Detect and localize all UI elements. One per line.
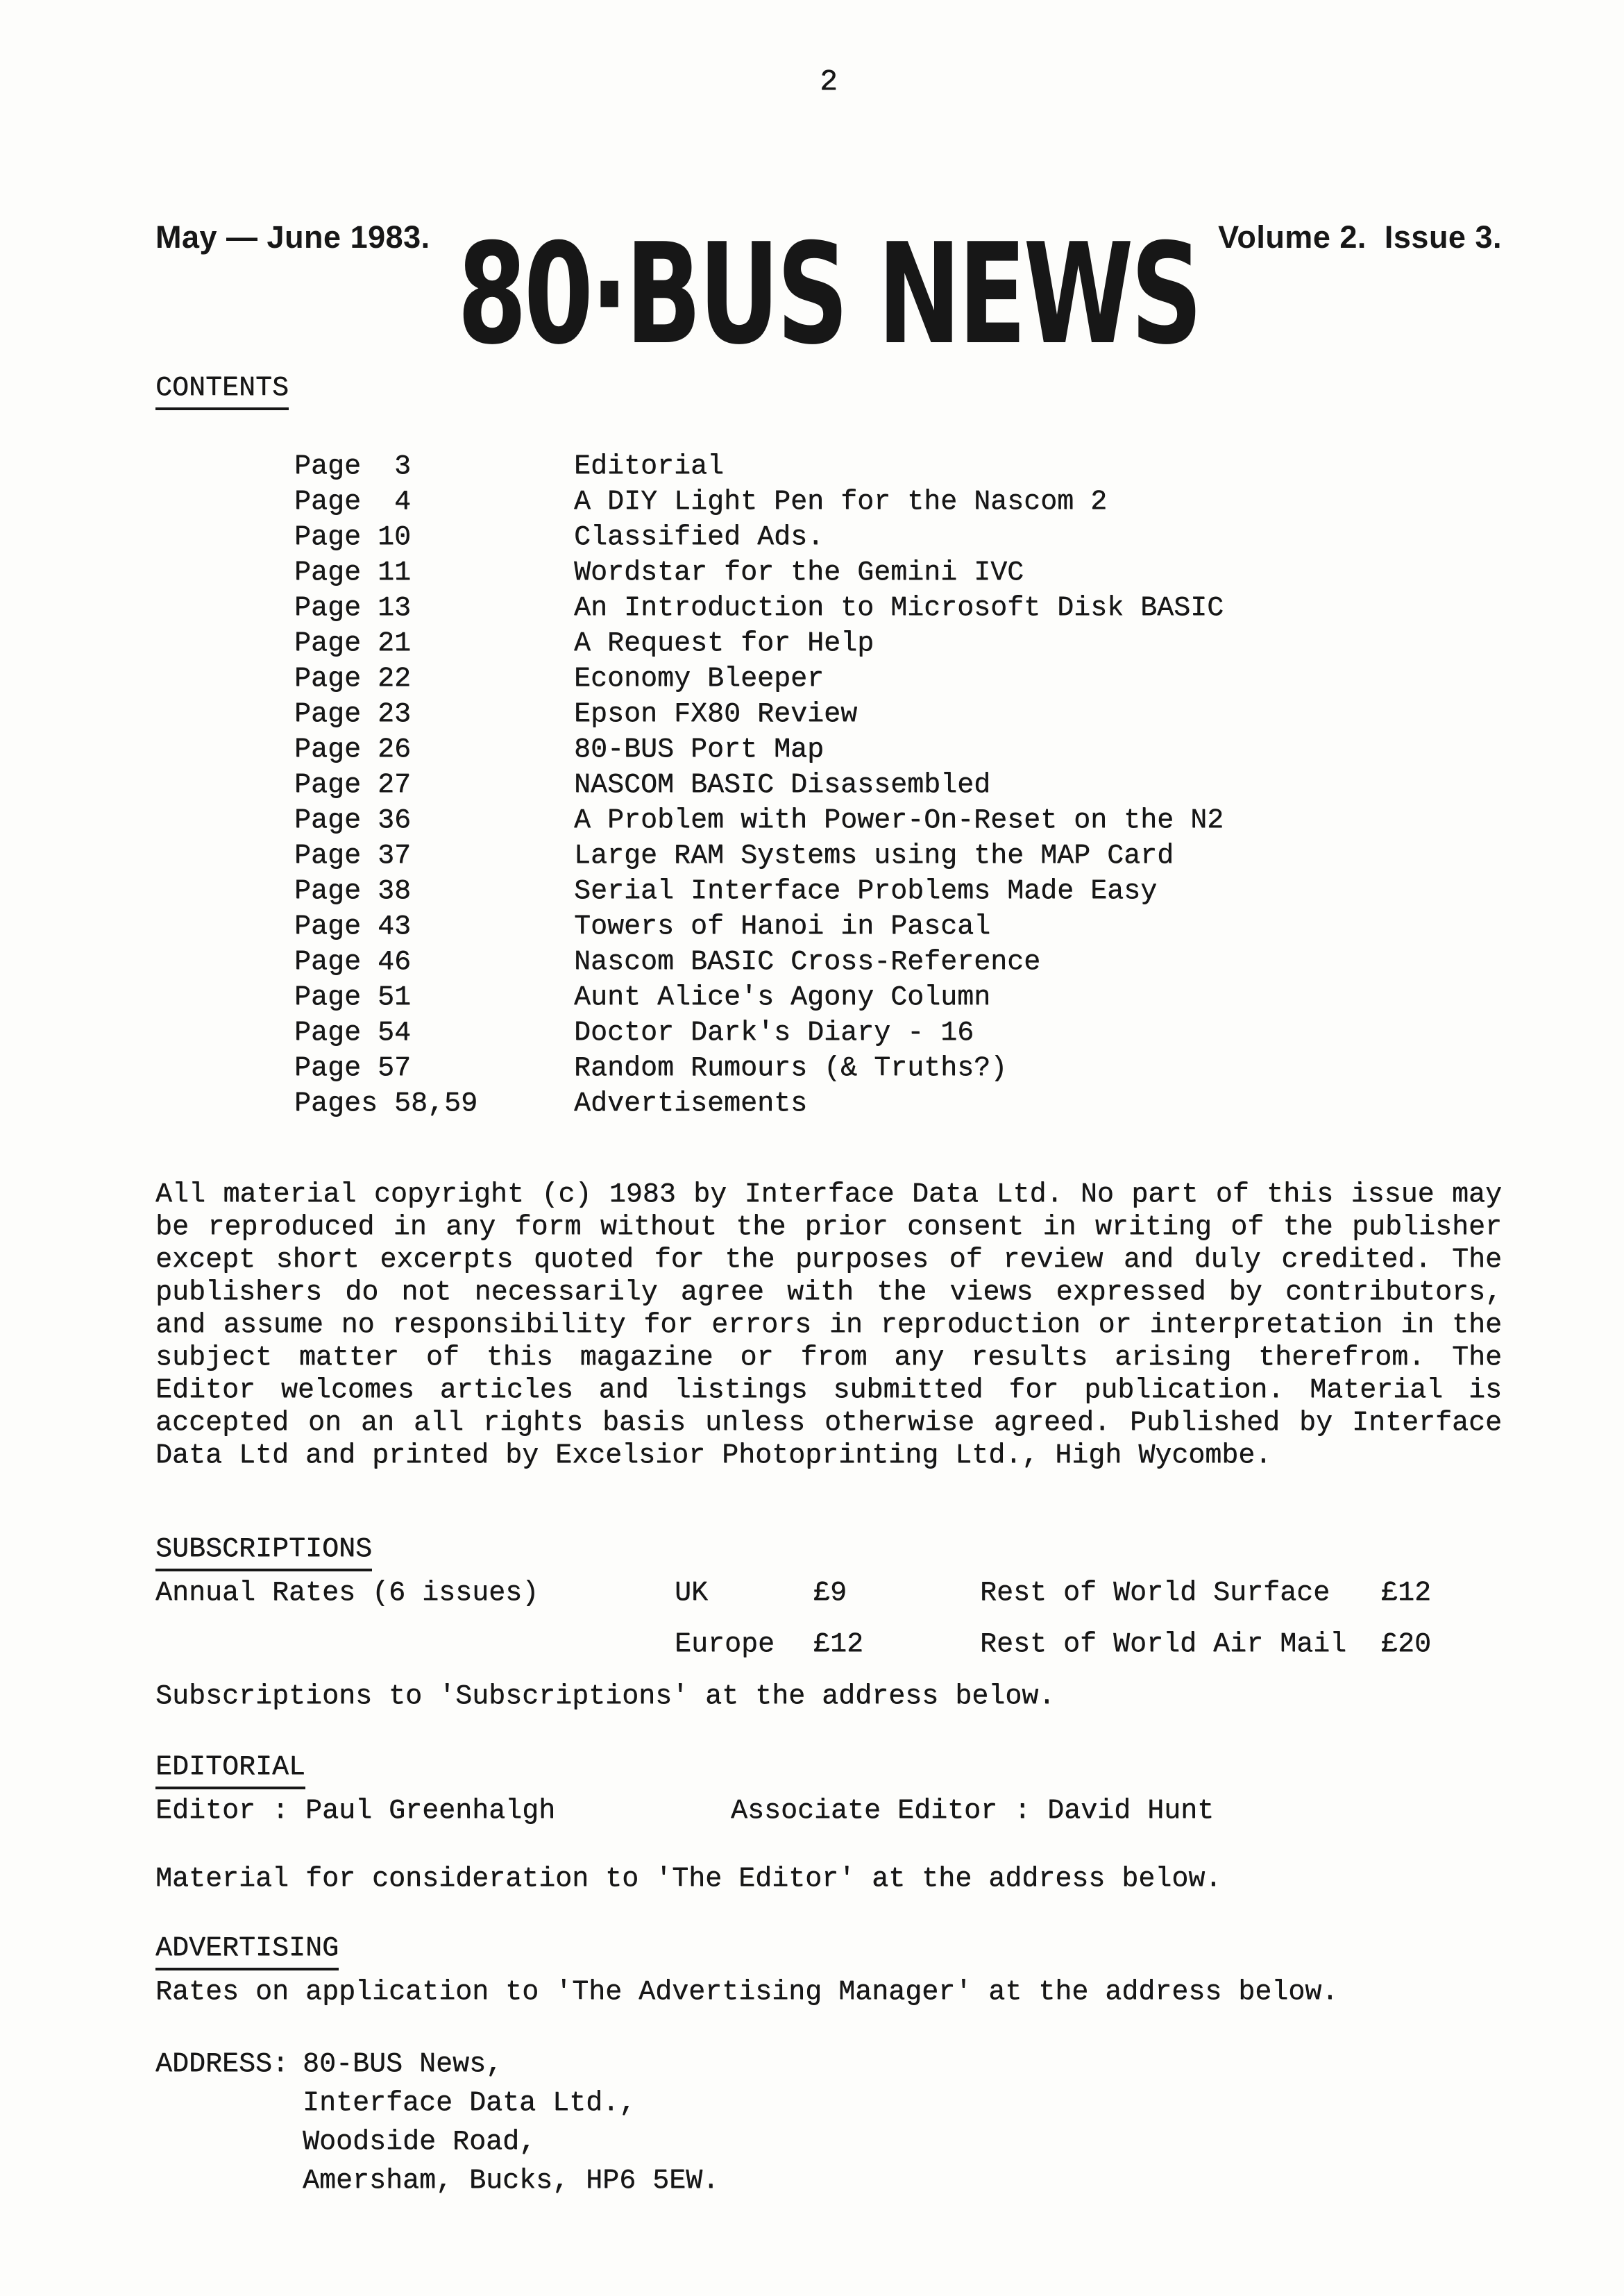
magazine-logo: 80·BUS NEWS	[457, 229, 1200, 361]
issue-date: May — June 1983.	[155, 221, 430, 253]
contents-title: Serial Interface Problems Made Easy	[574, 874, 1157, 909]
contents-title: Economy Bleeper	[574, 661, 824, 697]
rate-region: Rest of World Air Mail	[980, 1628, 1381, 1661]
address-label: ADDRESS:	[155, 2045, 303, 2201]
contents-title: A DIY Light Pen for the Nascom 2	[574, 484, 1107, 520]
contents-title: Advertisements	[574, 1086, 807, 1122]
contents-row: Page 22Economy Bleeper	[294, 661, 1502, 697]
contents-row: Page 13An Introduction to Microsoft Disk…	[294, 591, 1502, 626]
contents-row: Page 43Towers of Hanoi in Pascal	[294, 909, 1502, 945]
address-lines: 80-BUS News, Interface Data Ltd., Woodsi…	[303, 2045, 719, 2201]
rate-region: Europe	[675, 1628, 813, 1661]
address-section: ADDRESS: 80-BUS News, Interface Data Ltd…	[155, 2045, 1502, 2201]
contents-row: Page 54Doctor Dark's Diary - 16	[294, 1015, 1502, 1051]
contents-page-label: Page 36	[294, 803, 574, 838]
contents-title: Aunt Alice's Agony Column	[574, 980, 990, 1015]
contents-title: An Introduction to Microsoft Disk BASIC	[574, 591, 1224, 626]
rate-row: Annual Rates (6 issues) UK £9 Rest of Wo…	[155, 1577, 1502, 1610]
contents-title: Classified Ads.	[574, 520, 824, 555]
rate-price: £9	[813, 1577, 980, 1610]
rate-price: £12	[1381, 1577, 1431, 1610]
contents-title: 80-BUS Port Map	[574, 732, 824, 768]
contents-row: Page 51Aunt Alice's Agony Column	[294, 980, 1502, 1015]
contents-page-label: Page 37	[294, 838, 574, 874]
contents-row: Page 37Large RAM Systems using the MAP C…	[294, 838, 1502, 874]
contents-page-label: Page 43	[294, 909, 574, 945]
editor-name: Editor : Paul Greenhalgh	[155, 1795, 731, 1827]
contents-title: NASCOM BASIC Disassembled	[574, 768, 990, 803]
address-line: Woodside Road,	[303, 2123, 719, 2162]
subscriptions-heading: SUBSCRIPTIONS	[155, 1535, 372, 1571]
contents-page-label: Page 11	[294, 555, 574, 591]
contents-row: Page 46Nascom BASIC Cross-Reference	[294, 945, 1502, 980]
contents-page-label: Page 51	[294, 980, 574, 1015]
contents-title: Random Rumours (& Truths?)	[574, 1051, 1007, 1086]
contents-list: Page 3Editorial Page 4A DIY Light Pen fo…	[294, 449, 1502, 1122]
subscriptions-note: Subscriptions to 'Subscriptions' at the …	[155, 1680, 1502, 1713]
contents-page-label: Page 21	[294, 626, 574, 661]
editorial-section: EDITORIAL Editor : Paul Greenhalgh Assoc…	[155, 1751, 1502, 1896]
contents-row: Pages 58,59Advertisements	[294, 1086, 1502, 1122]
editors-row: Editor : Paul Greenhalgh Associate Edito…	[155, 1795, 1502, 1827]
contents-page-label: Pages 58,59	[294, 1086, 574, 1122]
contents-section: CONTENTS Page 3Editorial Page 4A DIY Lig…	[155, 372, 1502, 1122]
contents-row: Page 23Epson FX80 Review	[294, 697, 1502, 732]
rate-row: Europe £12 Rest of World Air Mail £20	[155, 1628, 1502, 1661]
contents-row: Page 38Serial Interface Problems Made Ea…	[294, 874, 1502, 909]
rates-label: Annual Rates (6 issues)	[155, 1577, 675, 1610]
contents-title: A Request for Help	[574, 626, 874, 661]
rates-label	[155, 1628, 675, 1661]
contents-title: Towers of Hanoi in Pascal	[574, 909, 990, 945]
contents-page-label: Page 23	[294, 697, 574, 732]
contents-page-label: Page 4	[294, 484, 574, 520]
advertising-section: ADVERTISING Rates on application to 'The…	[155, 1932, 1502, 2009]
subscriptions-section: SUBSCRIPTIONS Annual Rates (6 issues) UK…	[155, 1533, 1502, 1713]
contents-row: Page 27NASCOM BASIC Disassembled	[294, 768, 1502, 803]
contents-page-label: Page 38	[294, 874, 574, 909]
contents-title: Doctor Dark's Diary - 16	[574, 1015, 974, 1051]
magazine-contents-page: 2 May — June 1983. 80·BUS NEWS Volume 2.…	[0, 0, 1624, 2296]
rate-region: Rest of World Surface	[980, 1577, 1381, 1610]
contents-row: Page 3Editorial	[294, 449, 1502, 484]
editorial-note: Material for consideration to 'The Edito…	[155, 1863, 1502, 1896]
contents-row: Page 10Classified Ads.	[294, 520, 1502, 555]
address-line: Interface Data Ltd.,	[303, 2084, 719, 2123]
contents-page-label: Page 22	[294, 661, 574, 697]
advertising-note: Rates on application to 'The Advertising…	[155, 1976, 1502, 2009]
page-number: 2	[155, 66, 1502, 97]
contents-title: Epson FX80 Review	[574, 697, 857, 732]
contents-title: Large RAM Systems using the MAP Card	[574, 838, 1174, 874]
contents-row: Page 57Random Rumours (& Truths?)	[294, 1051, 1502, 1086]
contents-row: Page 2680-BUS Port Map	[294, 732, 1502, 768]
subscription-rates: Annual Rates (6 issues) UK £9 Rest of Wo…	[155, 1577, 1502, 1661]
contents-row: Page 36A Problem with Power-On-Reset on …	[294, 803, 1502, 838]
contents-row: Page 4A DIY Light Pen for the Nascom 2	[294, 484, 1502, 520]
rate-price: £20	[1381, 1628, 1431, 1661]
rate-price: £12	[813, 1628, 980, 1661]
contents-title: Nascom BASIC Cross-Reference	[574, 945, 1040, 980]
contents-page-label: Page 27	[294, 768, 574, 803]
contents-heading: CONTENTS	[155, 374, 289, 410]
copyright-notice: All material copyright (c) 1983 by Inter…	[155, 1179, 1502, 1472]
editorial-heading: EDITORIAL	[155, 1753, 305, 1789]
masthead: May — June 1983. 80·BUS NEWS Volume 2. I…	[155, 136, 1502, 268]
address-line: Amersham, Bucks, HP6 5EW.	[303, 2162, 719, 2201]
contents-row: Page 21A Request for Help	[294, 626, 1502, 661]
volume-issue: Volume 2. Issue 3.	[1218, 221, 1502, 253]
contents-page-label: Page 57	[294, 1051, 574, 1086]
contents-title: Editorial	[574, 449, 724, 484]
contents-page-label: Page 46	[294, 945, 574, 980]
contents-page-label: Page 26	[294, 732, 574, 768]
contents-row: Page 11Wordstar for the Gemini IVC	[294, 555, 1502, 591]
advertising-heading: ADVERTISING	[155, 1934, 339, 1970]
contents-page-label: Page 13	[294, 591, 574, 626]
rate-region: UK	[675, 1577, 813, 1610]
contents-title: Wordstar for the Gemini IVC	[574, 555, 1024, 591]
contents-page-label: Page 10	[294, 520, 574, 555]
contents-title: A Problem with Power-On-Reset on the N2	[574, 803, 1224, 838]
contents-page-label: Page 54	[294, 1015, 574, 1051]
contents-page-label: Page 3	[294, 449, 574, 484]
associate-editor-name: Associate Editor : David Hunt	[731, 1795, 1214, 1827]
address-line: 80-BUS News,	[303, 2045, 719, 2084]
